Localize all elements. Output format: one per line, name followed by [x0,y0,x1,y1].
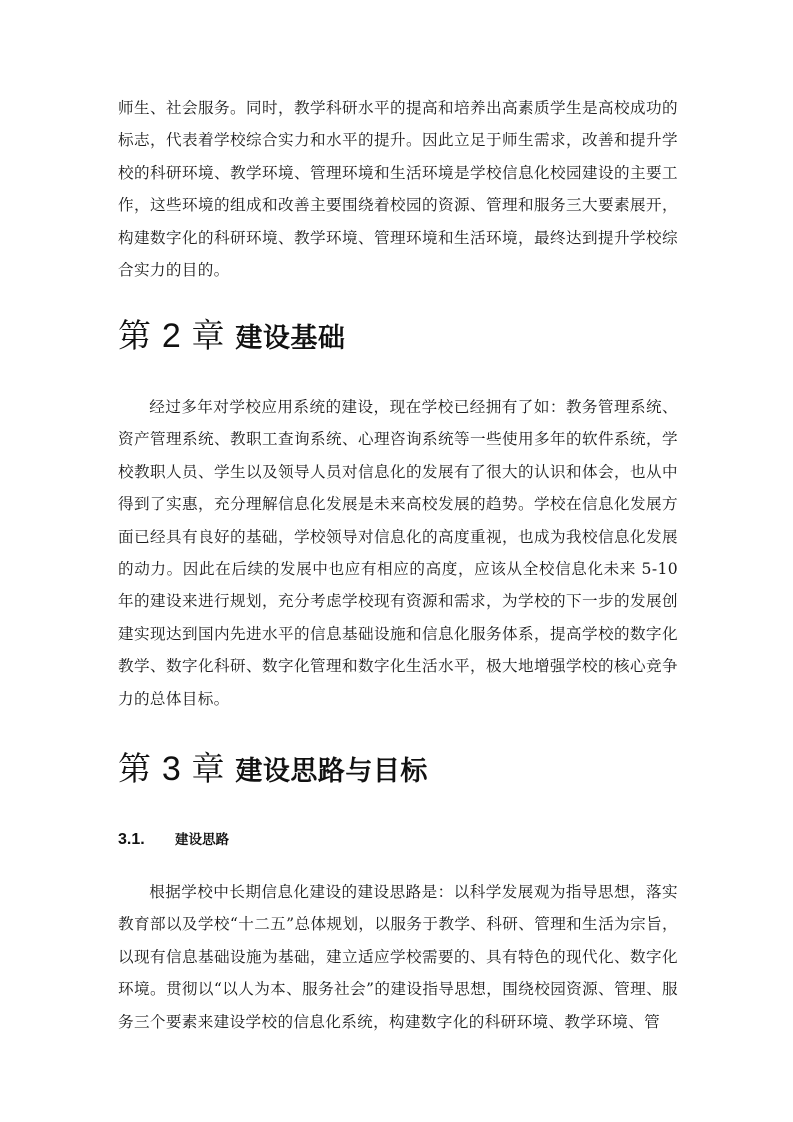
chapter-title: 建设基础 [235,323,345,354]
intro-paragraph: 师生、社会服务。同时，教学科研水平的提高和培养出高素质学生是高校成功的标志，代表… [118,92,678,286]
chapter-3-heading: 第 3 章 建设思路与目标 [118,749,678,792]
chapter-title: 建设思路与目标 [235,756,428,787]
chapter-suffix: 章 [192,749,225,788]
section-number: 3.1. [118,830,175,850]
chapter-2-heading: 第 2 章 建设基础 [118,316,678,359]
document-page: 师生、社会服务。同时，教学科研水平的提高和培养出高素质学生是高校成功的标志，代表… [118,92,678,1038]
section-3-1-paragraph: 根据学校中长期信息化建设的建设思路是：以科学发展观为指导思想，落实教育部以及学校… [118,876,678,1038]
chapter-prefix: 第 [118,749,151,788]
section-title: 建设思路 [175,832,229,848]
chapter-suffix: 章 [192,316,225,355]
chapter-prefix: 第 [118,316,151,355]
chapter-2-paragraph: 经过多年对学校应用系统的建设，现在学校已经拥有了如：教务管理系统、资产管理系统、… [118,391,678,715]
chapter-number: 2 [162,317,181,355]
chapter-number: 3 [162,750,181,788]
section-3-1-heading: 3.1.建设思路 [118,830,678,850]
